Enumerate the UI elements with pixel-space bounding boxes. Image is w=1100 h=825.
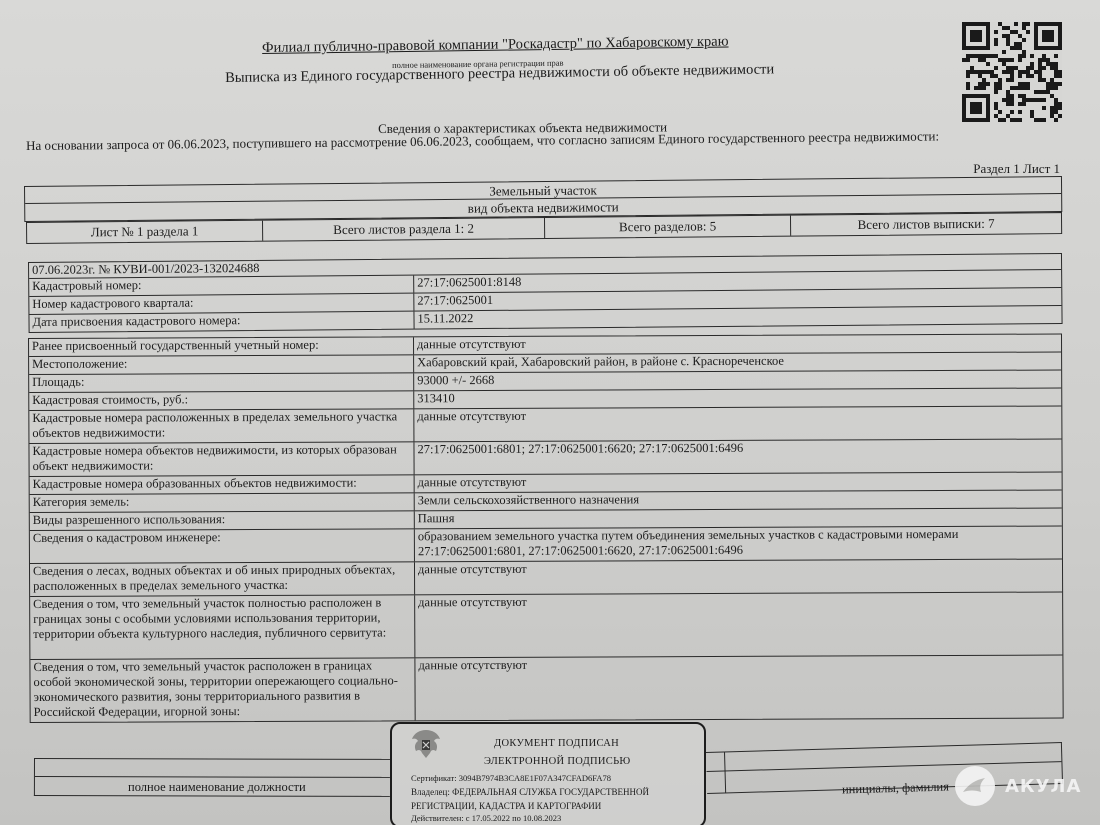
initials-caption: инициалы, фамилия (842, 780, 949, 798)
field-label: Кадастровые номера расположенных в преде… (29, 409, 414, 443)
field-value: данные отсутствуют (415, 592, 1062, 657)
sheet-number: Лист № 1 раздела 1 (27, 221, 263, 243)
document-title: Выписка из Единого государственного реес… (225, 61, 774, 87)
position-caption: полное наименование должности (128, 780, 306, 795)
field-label: Ранее присвоенный государственный учетны… (29, 337, 414, 356)
field-label: Номер кадастрового квартала: (29, 294, 414, 314)
field-label: Дата присвоения кадастрового номера: (29, 312, 414, 332)
field-label: Кадастровая стоимость, руб.: (29, 391, 414, 410)
coat-of-arms-icon (408, 727, 444, 761)
table-row: Сведения о лесах, водных объектах и об и… (30, 559, 1062, 597)
qr-code-icon (962, 22, 1062, 122)
field-label: Кадастровые номера образованных объектов… (30, 475, 415, 494)
table-row: Кадастровые номера объектов недвижимости… (29, 439, 1061, 477)
watermark: АКУЛА (955, 766, 1081, 806)
field-label: Местоположение: (29, 355, 414, 374)
watermark-text: АКУЛА (1005, 776, 1081, 797)
sheet-reference: Раздел 1 Лист 1 (973, 161, 1060, 177)
field-value: 27:17:0625001:6801; 27:17:0625001:6620; … (414, 439, 1061, 474)
field-value: данные отсутствуют (414, 406, 1061, 441)
field-value: Хабаровский край, Хабаровский район, в р… (414, 352, 1061, 372)
sheets-total: Всего листов выписки: 7 (791, 213, 1061, 236)
signature-title-1: ДОКУМЕНТ ПОДПИСАН (494, 738, 619, 749)
characteristics-table: Ранее присвоенный государственный учетны… (28, 333, 1064, 723)
field-label: Сведения о лесах, водных объектах и об и… (30, 562, 415, 596)
field-label: Сведения о том, что земельный участок по… (30, 595, 415, 659)
sections-total: Всего разделов: 5 (545, 216, 791, 238)
field-value: 93000 +/- 2668 (414, 370, 1061, 390)
signature-certificate: Сертификат: 3094B7974B3CA8E1F07A347CFAD6… (411, 773, 611, 783)
table-row: Сведения о кадастровом инженере:образова… (30, 526, 1062, 564)
field-label: Площадь: (29, 373, 414, 392)
document-page: Филиал публично-правовой компании "Роска… (0, 0, 1100, 825)
table-row: Кадастровые номера расположенных в преде… (29, 406, 1061, 444)
field-label: Кадастровые номера объектов недвижимости… (29, 442, 414, 476)
identification-table: 07.06.2023г. № КУВИ-001/2023-132024688 К… (28, 253, 1063, 333)
field-label: Кадастровый номер: (29, 276, 414, 296)
field-label: Сведения о том, что земельный участок ра… (30, 658, 415, 722)
field-label: Сведения о кадастровом инженере: (30, 529, 415, 563)
field-value: данные отсутствуют (414, 334, 1061, 354)
field-value: данные отсутствуют (415, 472, 1062, 492)
field-value: данные отсутствуют (415, 655, 1062, 720)
sheets-in-section: Всего листов раздела 1: 2 (263, 218, 545, 241)
signature-validity: Действителен: с 17.05.2022 по 10.08.2023 (411, 813, 561, 823)
signature-owner-2: РЕГИСТРАЦИИ, КАДАСТРА И КАРТОГРАФИИ (411, 801, 601, 811)
field-label: Виды разрешенного использования: (30, 511, 415, 530)
intro-text: На основании запроса от 06.06.2023, пост… (26, 128, 939, 154)
organization-name: Филиал публично-правовой компании "Роска… (262, 33, 729, 57)
table-row: Сведения о том, что земельный участок по… (30, 592, 1062, 660)
shark-logo-icon (955, 766, 995, 806)
table-row: Сведения о том, что земельный участок ра… (30, 655, 1062, 722)
field-label: Категория земель: (30, 493, 415, 512)
field-value: 313410 (414, 388, 1061, 408)
field-value: образованием земельного участка путем об… (415, 526, 1062, 561)
field-value: Земли сельскохозяйственного назначения (415, 490, 1062, 510)
signature-title-2: ЭЛЕКТРОННОЙ ПОДПИСЬЮ (484, 756, 631, 767)
field-value: данные отсутствуют (415, 559, 1062, 594)
field-value: Пашня (415, 508, 1062, 528)
signature-owner-1: Владелец: ФЕДЕРАЛЬНАЯ СЛУЖБА ГОСУДАРСТВЕ… (411, 787, 649, 797)
